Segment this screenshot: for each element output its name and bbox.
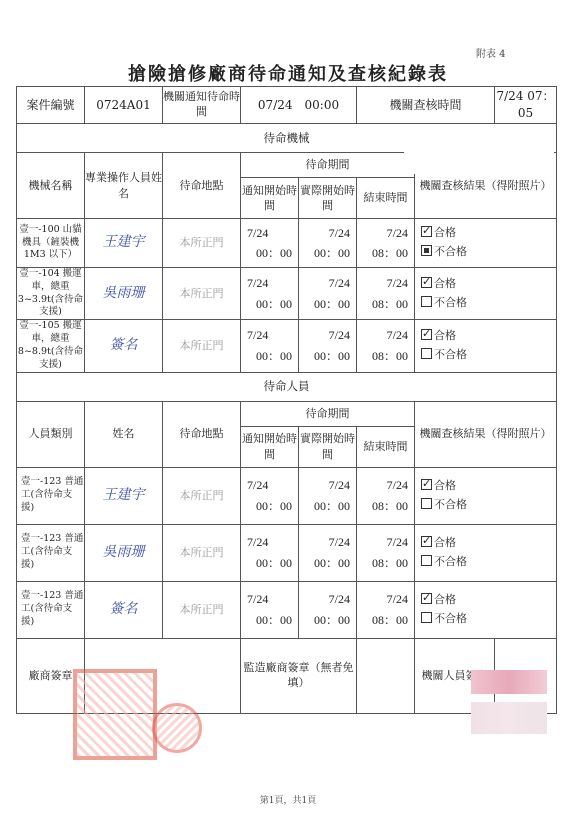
actual-time: 00：00 — [299, 610, 356, 630]
personnel-row: 壹一-123 普通工(含待命支援) 吳雨珊 本所正門 7/2400：00 7/2… — [17, 524, 557, 581]
page-title: 搶險搶修廠商待命通知及查核紀錄表 — [0, 60, 576, 86]
personnel-row: 壹一-123 普通工(含待命支援) 簽名 本所正門 7/2400：00 7/24… — [17, 581, 557, 638]
operator-signature: 王建宇 — [85, 219, 163, 268]
actual-date: 7/24 — [299, 223, 356, 243]
end-time: 08：00 — [357, 553, 414, 573]
actual-date: 7/24 — [299, 325, 356, 345]
personnel-signature: 簽名 — [85, 581, 163, 638]
pass-label: 合格 — [434, 329, 456, 342]
checkbox-mark-icon — [421, 245, 432, 256]
col-end: 結束時間 — [357, 178, 415, 219]
notify-time-value: 07/24 00:00 — [241, 87, 357, 124]
notify-time: 00：00 — [241, 346, 298, 366]
case-no-value: 0724A01 — [85, 87, 163, 124]
checkbox-checked-icon — [421, 329, 432, 340]
col-personnel-category: 人員類別 — [17, 401, 85, 467]
end-time: 08：00 — [357, 346, 414, 366]
checkbox-checked-icon — [421, 226, 432, 237]
notify-time: 00：00 — [241, 610, 298, 630]
personnel-signature: 王建宇 — [85, 467, 163, 524]
fail-checkbox[interactable]: 不合格 — [421, 346, 556, 365]
pass-checkbox[interactable]: 合格 — [421, 275, 556, 294]
standby-location: 本所正門 — [163, 219, 241, 268]
checkbox-empty-icon — [421, 555, 432, 566]
col-result: 機關查核結果（得附照片） — [415, 401, 557, 467]
end-time: 08：00 — [357, 496, 414, 516]
audit-time-label: 機關查核時間 — [357, 87, 495, 124]
checkbox-empty-icon — [421, 348, 432, 359]
col-operator: 專業操作人員姓名 — [85, 153, 163, 219]
fail-label: 不合格 — [434, 348, 467, 361]
notify-time-label: 機關通知待命時間 — [163, 87, 241, 124]
notify-time: 00：00 — [241, 496, 298, 516]
case-header-row: 案件編號 0724A01 機關通知待命時間 07/24 00:00 機關查核時間… — [17, 87, 557, 124]
fail-checkbox[interactable]: 不合格 — [421, 553, 556, 572]
actual-time: 00：00 — [299, 243, 356, 263]
checkbox-checked-icon — [421, 593, 432, 604]
personnel-signature: 吳雨珊 — [85, 524, 163, 581]
actual-date: 7/24 — [299, 475, 356, 495]
supervisor-sign-field[interactable] — [357, 638, 415, 713]
col-location: 待命地點 — [163, 153, 241, 219]
standby-location: 本所正門 — [163, 320, 241, 372]
fail-checkbox[interactable]: 不合格 — [421, 243, 556, 262]
personnel-category: 壹一-123 普通工(含待命支援) — [17, 581, 85, 638]
col-notify-start: 通知開始時間 — [241, 426, 299, 467]
operator-signature: 吳雨珊 — [85, 268, 163, 320]
end-time: 08：00 — [357, 610, 414, 630]
checkbox-empty-icon — [421, 498, 432, 509]
notify-date: 7/24 — [241, 589, 298, 609]
col-period: 待命期間 — [241, 401, 415, 426]
pass-label: 合格 — [434, 479, 456, 492]
pass-label: 合格 — [434, 226, 456, 239]
pass-checkbox[interactable]: 合格 — [421, 327, 556, 346]
personnel-category: 壹一-123 普通工(含待命支援) — [17, 467, 85, 524]
actual-date: 7/24 — [299, 589, 356, 609]
end-date: 7/24 — [357, 589, 414, 609]
machine-name: 壹一-104 搬運車，總重3~3.9t(含待命支援) — [17, 268, 85, 320]
fail-label: 不合格 — [434, 296, 467, 309]
pass-checkbox[interactable]: 合格 — [421, 534, 556, 553]
notify-date: 7/24 — [241, 325, 298, 345]
fail-label: 不合格 — [434, 245, 467, 258]
notify-time: 00：00 — [241, 243, 298, 263]
actual-date: 7/24 — [299, 273, 356, 293]
actual-time: 00：00 — [299, 553, 356, 573]
col-personnel-name: 姓名 — [85, 401, 163, 467]
annex-label: 附表 4 — [476, 45, 506, 60]
end-date: 7/24 — [357, 223, 414, 243]
pass-checkbox[interactable]: 合格 — [421, 224, 556, 243]
end-date: 7/24 — [357, 475, 414, 495]
fail-checkbox[interactable]: 不合格 — [421, 496, 556, 515]
fail-label: 不合格 — [434, 555, 467, 568]
end-time: 08：00 — [357, 294, 414, 314]
page-footer: 第1頁，共1頁 — [0, 793, 576, 806]
end-date: 7/24 — [357, 532, 414, 552]
actual-time: 00：00 — [299, 346, 356, 366]
scan-whiteout — [404, 150, 554, 174]
col-machine-name: 機械名稱 — [17, 153, 85, 219]
col-actual-start: 實際開始時間 — [299, 426, 357, 467]
personnel-category: 壹一-123 普通工(含待命支援) — [17, 524, 85, 581]
checkbox-empty-icon — [421, 612, 432, 623]
redacted-signature — [471, 702, 547, 734]
col-location: 待命地點 — [163, 401, 241, 467]
audit-time-value: 7/24 07：05 — [495, 87, 557, 124]
pass-checkbox[interactable]: 合格 — [421, 477, 556, 496]
machinery-row: 壹一-104 搬運車，總重3~3.9t(含待命支援) 吳雨珊 本所正門 7/24… — [17, 268, 557, 320]
standby-record-table: 案件編號 0724A01 機關通知待命時間 07/24 00:00 機關查核時間… — [16, 86, 557, 714]
fail-label: 不合格 — [434, 498, 467, 511]
personnel-row: 壹一-123 普通工(含待命支援) 王建宇 本所正門 7/2400：00 7/2… — [17, 467, 557, 524]
notify-date: 7/24 — [241, 273, 298, 293]
checkbox-checked-icon — [421, 277, 432, 288]
notify-time: 00：00 — [241, 294, 298, 314]
fail-checkbox[interactable]: 不合格 — [421, 294, 556, 313]
col-notify-start: 通知開始時間 — [241, 178, 299, 219]
notify-date: 7/24 — [241, 475, 298, 495]
operator-signature: 簽名 — [85, 320, 163, 372]
notify-date: 7/24 — [241, 223, 298, 243]
fail-checkbox[interactable]: 不合格 — [421, 610, 556, 629]
pass-checkbox[interactable]: 合格 — [421, 591, 556, 610]
checkbox-empty-icon — [421, 296, 432, 307]
actual-time: 00：00 — [299, 496, 356, 516]
standby-location: 本所正門 — [163, 581, 241, 638]
case-no-label: 案件編號 — [17, 87, 85, 124]
machinery-row: 壹一-100 山貓機具（鏟裝機1M3 以下） 王建宇 本所正門 7/2400：0… — [17, 219, 557, 268]
redacted-signature — [471, 670, 547, 694]
standby-location: 本所正門 — [163, 268, 241, 320]
actual-time: 00：00 — [299, 294, 356, 314]
end-date: 7/24 — [357, 325, 414, 345]
standby-location: 本所正門 — [163, 524, 241, 581]
notify-time: 00：00 — [241, 553, 298, 573]
pass-label: 合格 — [434, 277, 456, 290]
standby-location: 本所正門 — [163, 467, 241, 524]
machine-name: 壹一-100 山貓機具（鏟裝機1M3 以下） — [17, 219, 85, 268]
pass-label: 合格 — [434, 593, 456, 606]
personnel-section-title: 待命人員 — [17, 372, 557, 401]
vendor-square-seal-icon — [73, 669, 157, 760]
actual-date: 7/24 — [299, 532, 356, 552]
checkbox-checked-icon — [421, 479, 432, 490]
machinery-section-title: 待命機械 — [17, 124, 557, 153]
end-date: 7/24 — [357, 273, 414, 293]
vendor-round-seal-icon — [152, 703, 202, 753]
pass-label: 合格 — [434, 536, 456, 549]
notify-date: 7/24 — [241, 532, 298, 552]
supervisor-sign-label: 監造廠商簽章（無者免填） — [241, 638, 357, 713]
machine-name: 壹一-105 搬運車，總重8~8.9t(含待命支援) — [17, 320, 85, 372]
col-end: 結束時間 — [357, 426, 415, 467]
machinery-row: 壹一-105 搬運車，總重8~8.9t(含待命支援) 簽名 本所正門 7/240… — [17, 320, 557, 372]
checkbox-checked-icon — [421, 536, 432, 547]
end-time: 08：00 — [357, 243, 414, 263]
col-period: 待命期間 — [241, 153, 415, 178]
fail-label: 不合格 — [434, 612, 467, 625]
col-actual-start: 實際開始時間 — [299, 178, 357, 219]
